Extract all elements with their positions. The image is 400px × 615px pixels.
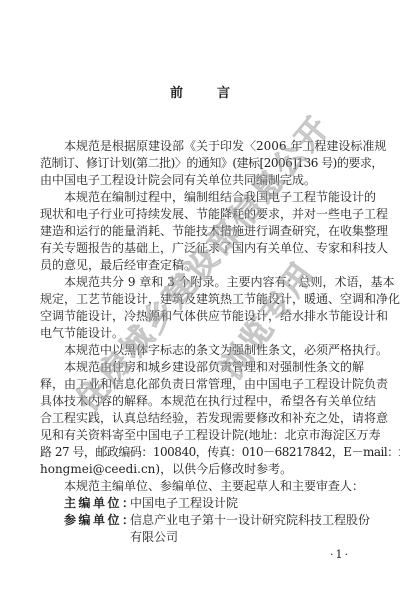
page-number: ·1· [322, 547, 358, 563]
paragraph-line: 本规范中以黑体字标志的条文为强制性条文，必须严格执行。 [40, 342, 364, 359]
preface-body: 本规范是根据原建设部《关于印发〈2006 年工程建设标准规 范制订、修订计划(第… [40, 138, 364, 546]
paragraph-line: 空调节能设计，冷热源和气体供应节能设计，给水排水节能设计和 [40, 308, 364, 325]
participating-unit-row: 参编单位： 信息产业电子第十一设计研究院科技工程股份 [40, 512, 364, 529]
paragraph-line: 现状和电子行业可持续发展、节能降耗的要求，并对一些电子工程 [40, 206, 364, 223]
paragraph-line: 路 27 号，邮政编码：100840，传真：010－68217842，E－mai… [40, 444, 364, 461]
paragraph-line: 见和有关资料寄至中国电子工程设计院(地址：北京市海淀区万寿 [40, 427, 364, 444]
chief-editor-label: 主编单位： [64, 495, 137, 512]
title-char-1: 前 [170, 86, 183, 102]
page-title: 前 言 [0, 86, 400, 102]
paragraph-line: hongmei@ceedi.cn)，以供今后修改时参考。 [40, 461, 364, 478]
participating-unit-value: 信息产业电子第十一设计研究院科技工程股份 [130, 512, 364, 529]
paragraph-line: 本规范主编单位、参编单位、主要起草人和主要审查人： [40, 478, 364, 495]
paragraph-line: 员的意见，最后经审查定稿。 [40, 257, 364, 274]
paragraph-line: 建造和运行的能量消耗、节能技术措施进行调查研究，在收集整理 [40, 223, 364, 240]
paragraph-line: 本规范共分 9 章和 3 个附录。主要内容有：总则，术语，基本 [40, 274, 364, 291]
paragraph-line: 合工程实践，认真总结经验，若发现需要修改和补充之处，请将意 [40, 410, 364, 427]
participating-unit-label: 参编单位： [64, 512, 137, 529]
chief-editor-unit-row: 主编单位： 中国电子工程设计院 [40, 495, 364, 512]
paragraph-line: 具体技术内容的解释。本规范在执行过程中，希望各有关单位结 [40, 393, 364, 410]
paragraph-line: 规定，工艺节能设计，建筑及建筑热工节能设计，暖通、空调和净化 [40, 291, 364, 308]
chief-editor-value: 中国电子工程设计院 [130, 495, 364, 512]
paragraph-line: 有关专题报告的基础上，广泛征求了国内有关单位、专家和科技人 [40, 240, 364, 257]
title-char-2: 言 [217, 86, 230, 102]
paragraph-line: 范制订、修订计划(第二批)〉的通知》(建标[2006]136 号)的要求， [40, 155, 364, 172]
participating-unit-value-continued: 有限公司 [130, 529, 364, 546]
paragraph-line: 释，由工业和信息化部负责日常管理，由中国电子工程设计院负责 [40, 376, 364, 393]
paragraph-line: 本规范由住房和城乡建设部负责管理和对强制性条文的解 [40, 359, 364, 376]
participating-unit-row-continued: 有限公司 [40, 529, 364, 546]
paragraph-line: 本规范在编制过程中，编制组结合我国电子工程节能设计的 [40, 189, 364, 206]
document-page: 前 言 本规范是根据原建设部《关于印发〈2006 年工程建设标准规 范制订、修订… [0, 0, 400, 615]
paragraph-line: 由中国电子工程设计院会同有关单位共同编制完成。 [40, 172, 364, 189]
paragraph-line: 本规范是根据原建设部《关于印发〈2006 年工程建设标准规 [40, 138, 364, 155]
paragraph-line: 电气节能设计。 [40, 325, 364, 342]
